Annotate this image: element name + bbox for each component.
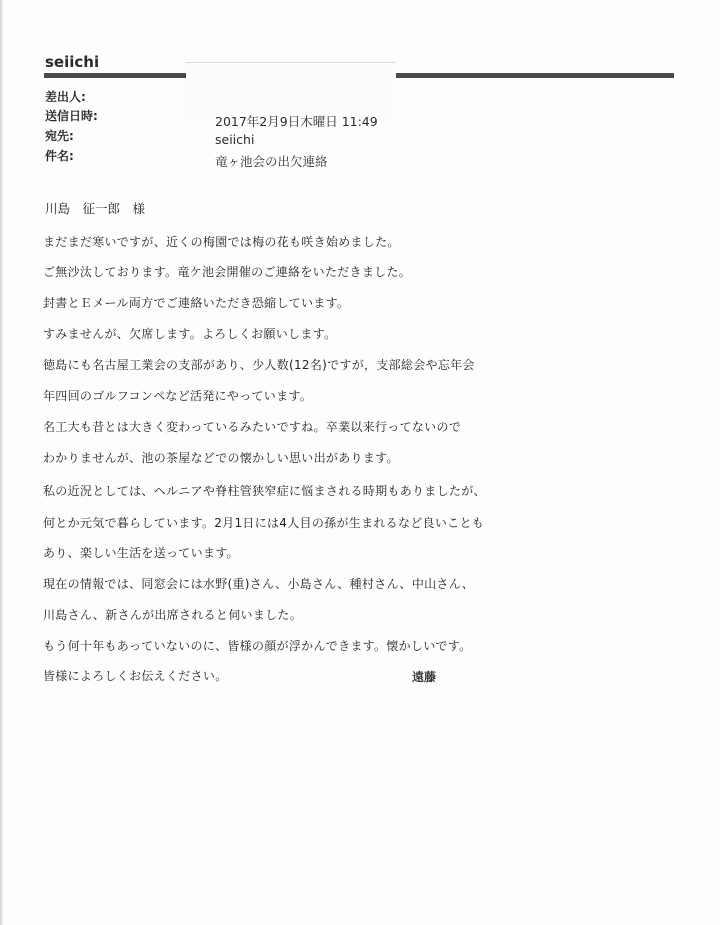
scanned-email-printout: seiichi 差出人: 送信日時: 2017年2月9日木曜日 11:49 宛先… bbox=[0, 0, 720, 925]
body-line: ご無沙汰しております。竜ケ池会開催のご連絡をいただきました。 bbox=[43, 263, 411, 280]
body-line: わかりませんが、池の茶屋などでの懐かしい思い出があります。 bbox=[43, 449, 399, 466]
body-line: まだまだ寒いですが、近くの梅園では梅の花も咲き始めました。 bbox=[43, 233, 400, 250]
body-line: 私の近況としては、ヘルニアや脊柱管狭窄症に悩まされる時期もありましたが、 bbox=[43, 482, 486, 499]
body-line: 川島さん、新さんが出席されると伺いました。 bbox=[43, 606, 302, 623]
recipient-label: 宛先: bbox=[45, 127, 74, 144]
body-line: 皆様によろしくお伝えください。 bbox=[43, 667, 228, 684]
sent-date-value: 2017年2月9日木曜日 11:49 bbox=[215, 112, 378, 130]
body-line: 封書とＥメール両方でご連絡いただき恐縮しています。 bbox=[43, 294, 349, 311]
body-line: もう何十年もあっていないのに、皆様の顔が浮かんできます。懐かしいです。 bbox=[43, 637, 471, 654]
scan-edge bbox=[0, 0, 3, 925]
recipient-value: seiichi bbox=[215, 132, 254, 147]
signature: 遠藤 bbox=[412, 668, 436, 685]
sent-date-label: 送信日時: bbox=[45, 107, 98, 124]
subject-label: 件名: bbox=[45, 147, 74, 164]
body-line: 年四回のゴルフコンペなど活発にやっています。 bbox=[43, 387, 312, 404]
body-line: すみませんが、欠席します。よろしくお願いします。 bbox=[43, 325, 336, 342]
body-line: 何とか元気で暮らしています。2月1日には4人目の孫が生まれるなど良いことも bbox=[43, 514, 484, 531]
sender-label: 差出人: bbox=[45, 88, 86, 105]
salutation: 川島 征一郎 様 bbox=[45, 199, 145, 217]
body-line: 名工大も昔とは大きく変わっているみたいですね。卒業以来行ってないので bbox=[43, 418, 461, 435]
subject-value: 竜ヶ池会の出欠連絡 bbox=[215, 152, 328, 170]
body-line: 現在の情報では、同窓会には水野(重)さん、小島さん、種村さん、中山さん、 bbox=[43, 575, 474, 592]
body-line: あり、楽しい生活を送っています。 bbox=[43, 544, 239, 561]
body-line: 徳島にも名古屋工業会の支部があり、少人数(12名)ですが，支部総会や忘年会 bbox=[43, 356, 475, 373]
account-name: seiichi bbox=[45, 53, 99, 71]
